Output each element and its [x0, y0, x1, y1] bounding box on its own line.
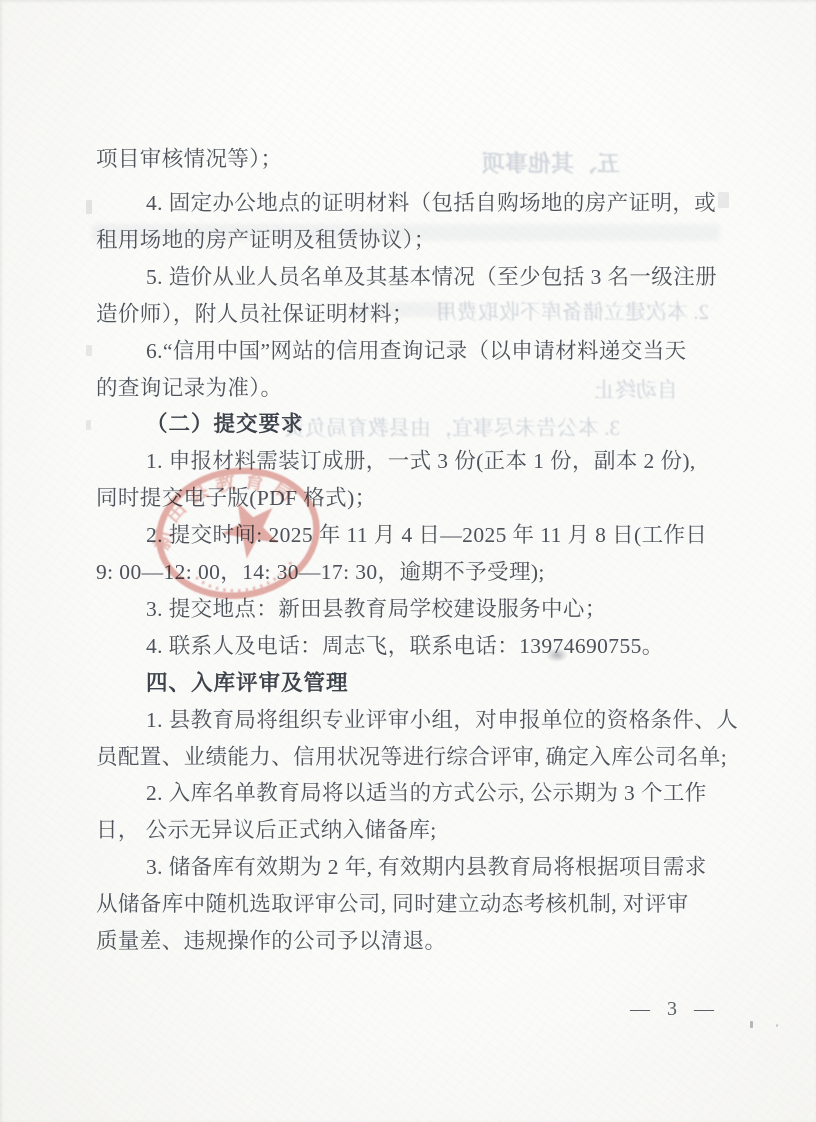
bleedthrough-text: 3. 本公告未尽事宜，由县教育局负责: [284, 415, 620, 441]
document-line: 6.“信用中国”网站的信用查询记录（以申请材料递交当天: [146, 337, 687, 365]
document-line: 质量差、违规操作的公司予以清退。: [96, 927, 446, 955]
official-seal: 新田县教育局: [137, 443, 343, 626]
document-line: 项目审核情况等）；: [96, 145, 282, 173]
section-heading: （二）提交要求: [146, 410, 304, 438]
document-line: 从储备库中随机选取评审公司, 同时建立动态考核机制, 对评审: [96, 890, 689, 918]
document-line: 1. 县教育局将组织专业评审小组，对申报单位的资格条件、人: [146, 706, 738, 734]
bleedthrough-mark: [86, 420, 91, 430]
document-line: 4. 固定办公地点的证明材料（包括自购场地的房产证明，或: [146, 189, 716, 217]
document-line: 的查询记录为准）。: [96, 374, 282, 402]
page-number: — 3 —: [630, 998, 720, 1021]
section-heading: 四、入库评审及管理: [146, 669, 349, 697]
bleedthrough-mark: [718, 192, 729, 208]
smudge: [546, 648, 568, 662]
document-line: 3. 储备库有效期为 2 年, 有效期内县教育局将根据项目需求: [146, 853, 707, 881]
seal-arc-text: 新田县教育局: [139, 459, 309, 555]
bleedthrough-mark: [86, 200, 92, 214]
document-line: 2. 入库名单教育局将以适当的方式公示, 公示期为 3 个工作: [146, 779, 707, 807]
document-line: 日， 公示无异议后正式纳入储备库;: [96, 816, 437, 844]
document-line: 租用场地的房产证明及租赁协议）；: [96, 226, 436, 254]
speck: [750, 1021, 753, 1028]
bleedthrough-text: 2. 本次建立储备库不收取费用: [436, 299, 709, 325]
bleedthrough-text: 自动终止: [594, 377, 678, 403]
document-line: 造价师），附人员社保证明材料；: [96, 300, 414, 328]
svg-text:新田县教育局: 新田县教育局: [139, 459, 309, 555]
document-line: 员配置、业绩能力、信用状况等进行综合评审, 确定入库公司名单;: [96, 743, 727, 771]
bleedthrough-mark: [86, 345, 92, 356]
speck: [776, 1024, 778, 1027]
document-line: 5. 造价从业人员名单及其基本情况（至少包括 3 名一级注册: [146, 263, 717, 291]
bleedthrough-text: 五、其他事项: [482, 150, 620, 176]
document-line: 4. 联系人及电话：周志飞，联系电话：13974690755。: [146, 632, 664, 660]
scanned-document-page: 五、其他事项2. 本次建立储备库不收取费用自动终止3. 本公告未尽事宜，由县教育…: [0, 0, 816, 1122]
